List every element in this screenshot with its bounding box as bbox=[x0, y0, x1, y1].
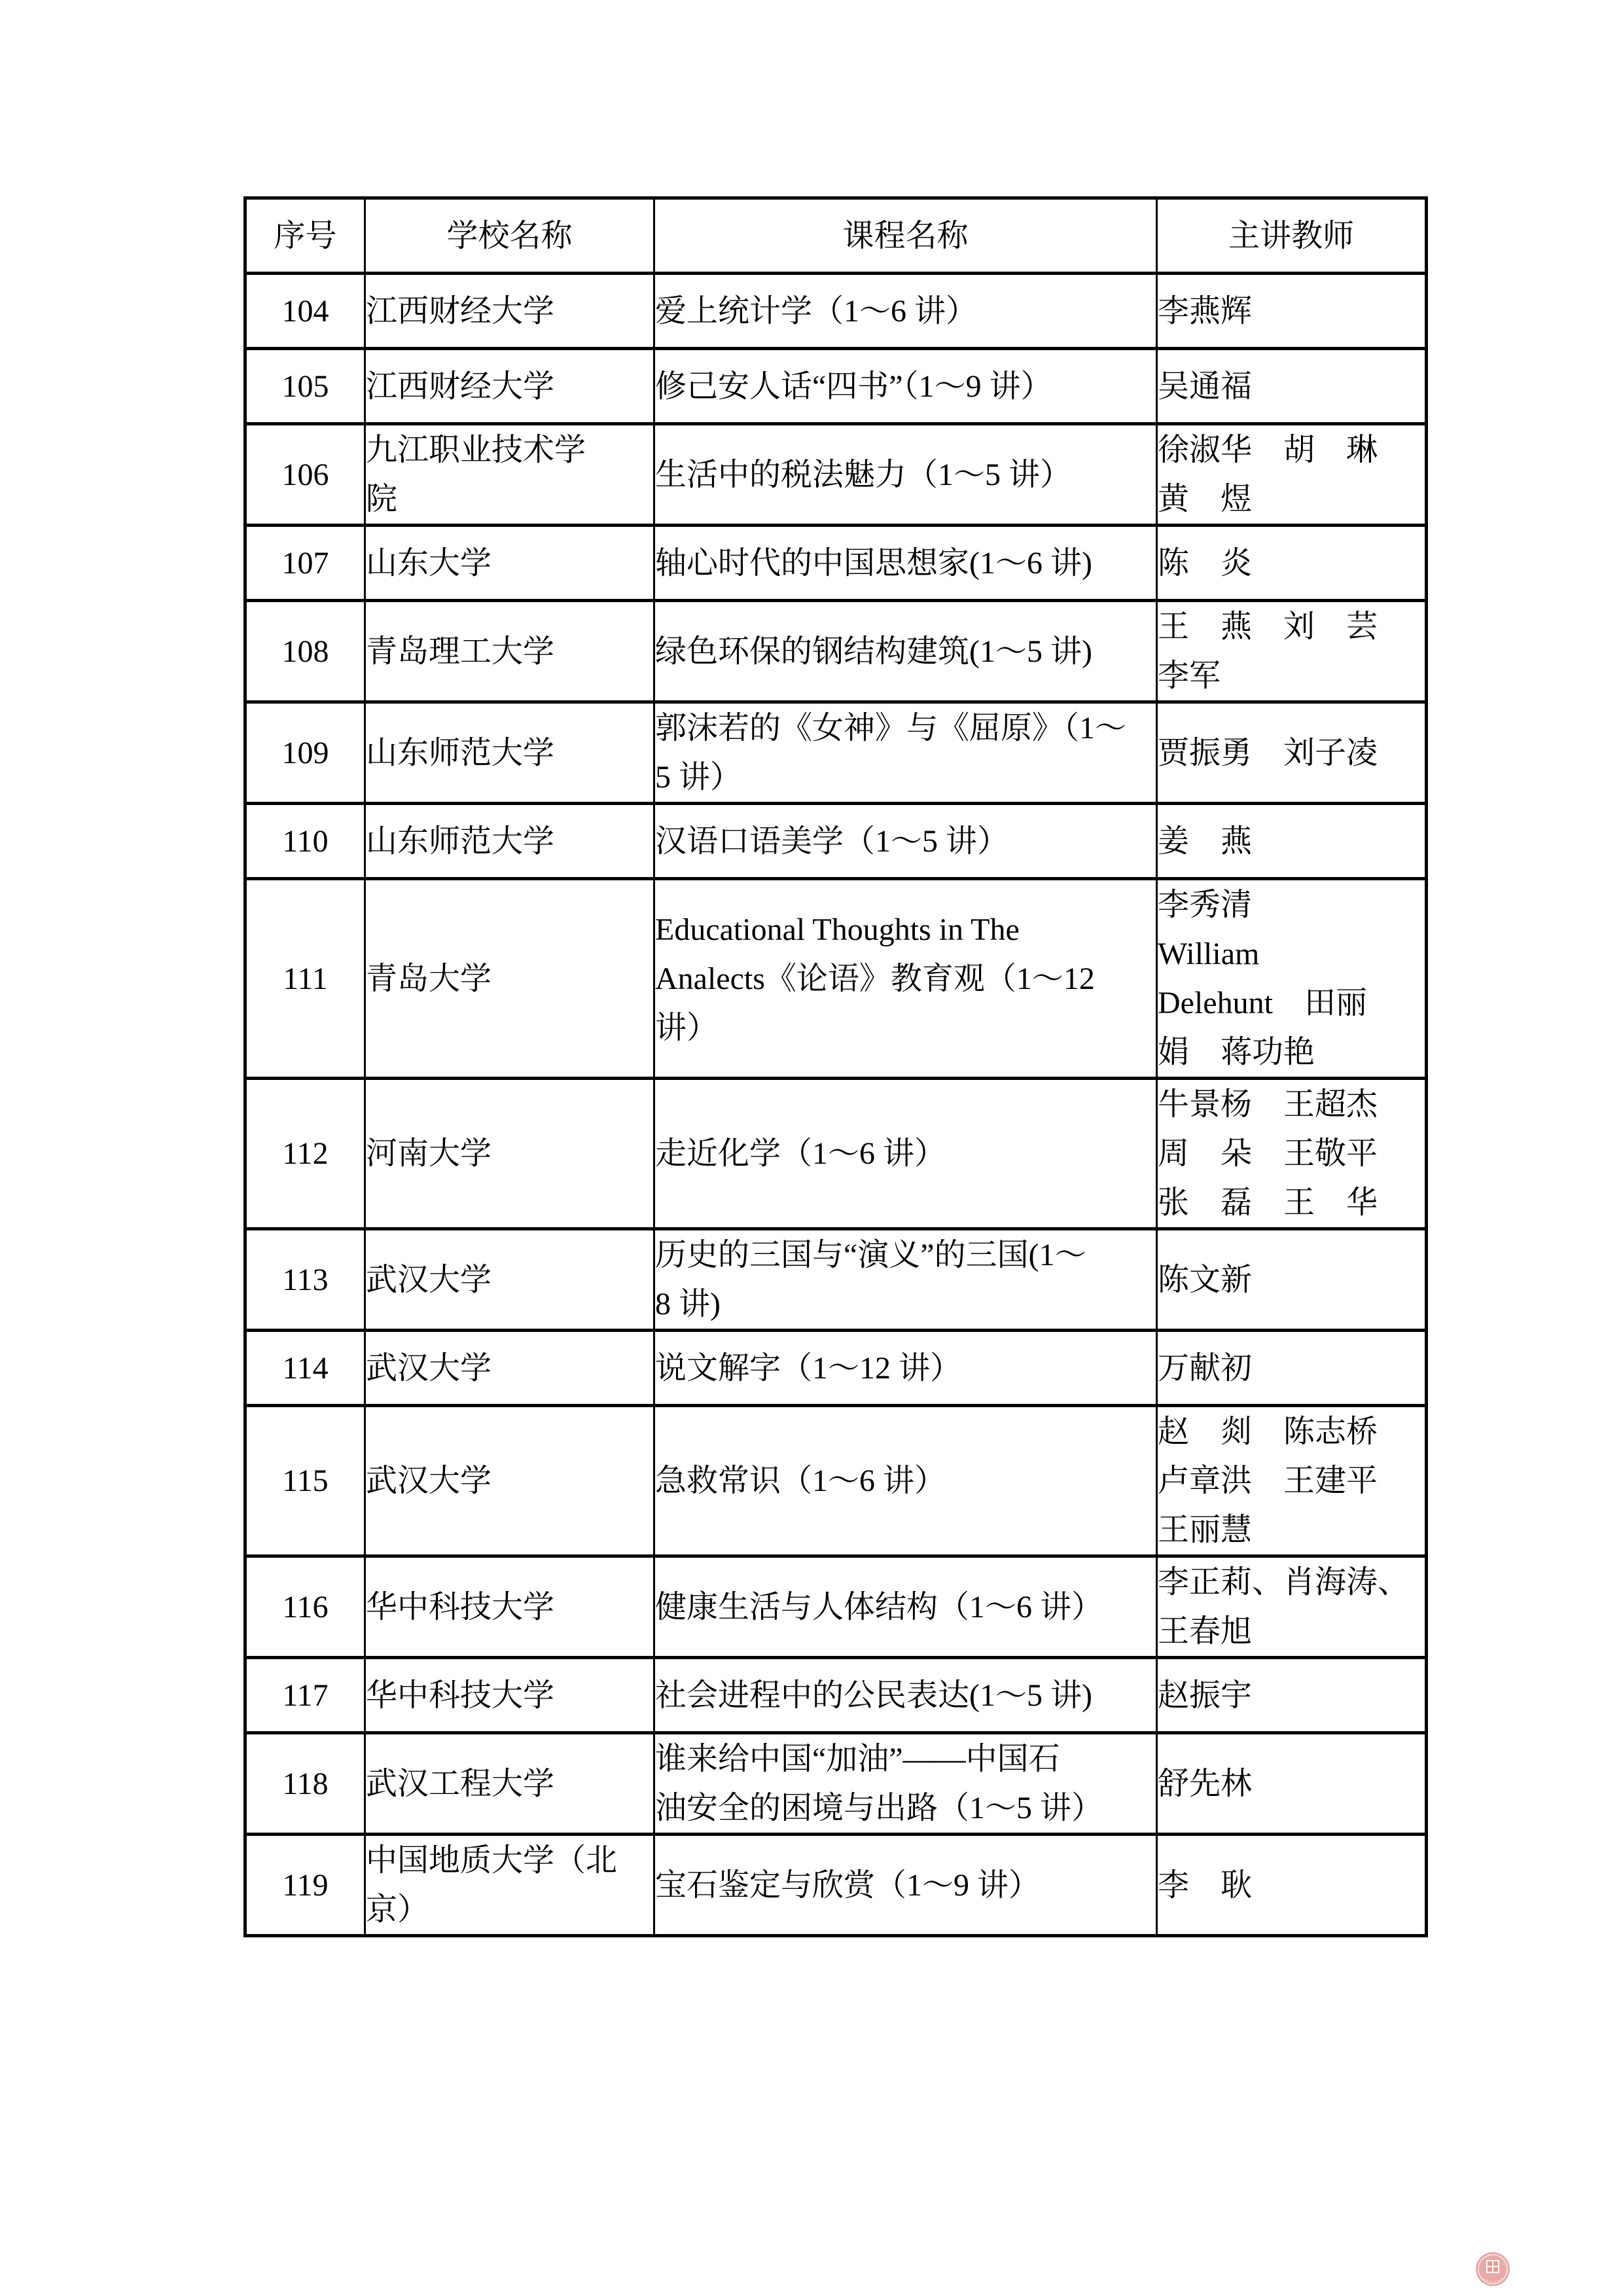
cell-seq: 119 bbox=[245, 1835, 365, 1936]
table-row: 113 武汉大学 历史的三国与“演义”的三国(1～ 8 讲) 陈文新 bbox=[245, 1229, 1427, 1331]
cell-seq: 111 bbox=[245, 879, 365, 1079]
cell-course: 郭沫若的《女神》与《屈原》（1～ 5 讲） bbox=[654, 702, 1157, 804]
cell-seq: 115 bbox=[245, 1406, 365, 1556]
cell-course: Educational Thoughts in The Analects《论语》… bbox=[654, 879, 1157, 1079]
table-row: 115 武汉大学 急救常识（1～6 讲） 赵 剡 陈志桥 卢章洪 王建平 王丽慧 bbox=[245, 1406, 1427, 1556]
cell-teacher: 赵 剡 陈志桥 卢章洪 王建平 王丽慧 bbox=[1157, 1406, 1427, 1556]
cell-course: 急救常识（1～6 讲） bbox=[654, 1406, 1157, 1556]
cell-school: 武汉大学 bbox=[365, 1331, 654, 1406]
table-row: 106 九江职业技术学 院 生活中的税法魅力（1～5 讲） 徐淑华 胡 琳 黄 … bbox=[245, 424, 1427, 526]
table-row: 118 武汉工程大学 谁来给中国“加油”——中国石 油安全的困境与出路（1～5 … bbox=[245, 1733, 1427, 1835]
cell-school: 华中科技大学 bbox=[365, 1556, 654, 1658]
table-row: 105 江西财经大学 修己安人话“四书”（1～9 讲） 吴通福 bbox=[245, 349, 1427, 424]
header-course: 课程名称 bbox=[654, 198, 1157, 274]
cell-school: 山东师范大学 bbox=[365, 804, 654, 879]
cell-teacher: 王 燕 刘 芸 李军 bbox=[1157, 601, 1427, 702]
header-row: 序号 学校名称 课程名称 主讲教师 bbox=[245, 198, 1427, 274]
cell-seq: 107 bbox=[245, 526, 365, 601]
cell-course: 宝石鉴定与欣赏（1～9 讲） bbox=[654, 1835, 1157, 1936]
cell-seq: 109 bbox=[245, 702, 365, 804]
cell-school: 中国地质大学（北 京） bbox=[365, 1835, 654, 1936]
cell-school: 山东师范大学 bbox=[365, 702, 654, 804]
cell-teacher: 李 耿 bbox=[1157, 1835, 1427, 1936]
table-row: 114 武汉大学 说文解字（1～12 讲） 万献初 bbox=[245, 1331, 1427, 1406]
cell-course: 生活中的税法魅力（1～5 讲） bbox=[654, 424, 1157, 526]
table-body: 104 江西财经大学 爱上统计学（1～6 讲） 李燕辉 105 江西财经大学 修… bbox=[245, 274, 1427, 1936]
cell-teacher: 吴通福 bbox=[1157, 349, 1427, 424]
cell-teacher: 牛景杨 王超杰 周 朵 王敬平 张 磊 王 华 bbox=[1157, 1079, 1427, 1229]
cell-teacher: 贾振勇 刘子凌 bbox=[1157, 702, 1427, 804]
cell-teacher: 李正莉、肖海涛、 王春旭 bbox=[1157, 1556, 1427, 1658]
cell-course: 走近化学（1～6 讲） bbox=[654, 1079, 1157, 1229]
cell-school: 武汉大学 bbox=[365, 1406, 654, 1556]
cell-seq: 110 bbox=[245, 804, 365, 879]
cell-teacher: 万献初 bbox=[1157, 1331, 1427, 1406]
header-seq: 序号 bbox=[245, 198, 365, 274]
cell-school: 武汉大学 bbox=[365, 1229, 654, 1331]
table-row: 117 华中科技大学 社会进程中的公民表达(1～5 讲) 赵振宇 bbox=[245, 1658, 1427, 1733]
seal-stamp-icon bbox=[1475, 2251, 1510, 2287]
cell-course: 汉语口语美学（1～5 讲） bbox=[654, 804, 1157, 879]
cell-course: 健康生活与人体结构（1～6 讲） bbox=[654, 1556, 1157, 1658]
cell-seq: 118 bbox=[245, 1733, 365, 1835]
table-row: 110 山东师范大学 汉语口语美学（1～5 讲） 姜 燕 bbox=[245, 804, 1427, 879]
cell-course: 爱上统计学（1～6 讲） bbox=[654, 274, 1157, 349]
cell-seq: 112 bbox=[245, 1079, 365, 1229]
cell-teacher: 舒先林 bbox=[1157, 1733, 1427, 1835]
cell-school: 青岛理工大学 bbox=[365, 601, 654, 702]
cell-teacher: 李燕辉 bbox=[1157, 274, 1427, 349]
cell-school: 江西财经大学 bbox=[365, 274, 654, 349]
cell-teacher: 赵振宇 bbox=[1157, 1658, 1427, 1733]
table-row: 108 青岛理工大学 绿色环保的钢结构建筑(1～5 讲) 王 燕 刘 芸 李军 bbox=[245, 601, 1427, 702]
cell-seq: 116 bbox=[245, 1556, 365, 1658]
table-row: 112 河南大学 走近化学（1～6 讲） 牛景杨 王超杰 周 朵 王敬平 张 磊… bbox=[245, 1079, 1427, 1229]
cell-teacher: 李秀清 William Delehunt 田丽 娟 蒋功艳 bbox=[1157, 879, 1427, 1079]
cell-seq: 106 bbox=[245, 424, 365, 526]
cell-teacher: 陈文新 bbox=[1157, 1229, 1427, 1331]
cell-teacher: 陈 炎 bbox=[1157, 526, 1427, 601]
cell-course: 轴心时代的中国思想家(1～6 讲) bbox=[654, 526, 1157, 601]
cell-seq: 108 bbox=[245, 601, 365, 702]
table-row: 111 青岛大学 Educational Thoughts in The Ana… bbox=[245, 879, 1427, 1079]
cell-course: 说文解字（1～12 讲） bbox=[654, 1331, 1157, 1406]
cell-school: 九江职业技术学 院 bbox=[365, 424, 654, 526]
cell-school: 青岛大学 bbox=[365, 879, 654, 1079]
cell-seq: 113 bbox=[245, 1229, 365, 1331]
header-school: 学校名称 bbox=[365, 198, 654, 274]
cell-school: 山东大学 bbox=[365, 526, 654, 601]
cell-seq: 114 bbox=[245, 1331, 365, 1406]
cell-course: 绿色环保的钢结构建筑(1～5 讲) bbox=[654, 601, 1157, 702]
cell-school: 华中科技大学 bbox=[365, 1658, 654, 1733]
cell-seq: 117 bbox=[245, 1658, 365, 1733]
table-row: 104 江西财经大学 爱上统计学（1～6 讲） 李燕辉 bbox=[245, 274, 1427, 349]
cell-course: 社会进程中的公民表达(1～5 讲) bbox=[654, 1658, 1157, 1733]
cell-course: 谁来给中国“加油”——中国石 油安全的困境与出路（1～5 讲） bbox=[654, 1733, 1157, 1835]
cell-seq: 104 bbox=[245, 274, 365, 349]
cell-course: 历史的三国与“演义”的三国(1～ 8 讲) bbox=[654, 1229, 1157, 1331]
table-row: 107 山东大学 轴心时代的中国思想家(1～6 讲) 陈 炎 bbox=[245, 526, 1427, 601]
table-row: 109 山东师范大学 郭沫若的《女神》与《屈原》（1～ 5 讲） 贾振勇 刘子凌 bbox=[245, 702, 1427, 804]
table-row: 116 华中科技大学 健康生活与人体结构（1～6 讲） 李正莉、肖海涛、 王春旭 bbox=[245, 1556, 1427, 1658]
cell-course: 修己安人话“四书”（1～9 讲） bbox=[654, 349, 1157, 424]
course-table: 序号 学校名称 课程名称 主讲教师 104 江西财经大学 爱上统计学（1～6 讲… bbox=[243, 196, 1428, 1937]
cell-school: 河南大学 bbox=[365, 1079, 654, 1229]
cell-school: 武汉工程大学 bbox=[365, 1733, 654, 1835]
document-page: 序号 学校名称 课程名称 主讲教师 104 江西财经大学 爱上统计学（1～6 讲… bbox=[0, 0, 1623, 2296]
cell-school: 江西财经大学 bbox=[365, 349, 654, 424]
table-row: 119 中国地质大学（北 京） 宝石鉴定与欣赏（1～9 讲） 李 耿 bbox=[245, 1835, 1427, 1936]
cell-teacher: 徐淑华 胡 琳 黄 煜 bbox=[1157, 424, 1427, 526]
cell-seq: 105 bbox=[245, 349, 365, 424]
header-teacher: 主讲教师 bbox=[1157, 198, 1427, 274]
cell-teacher: 姜 燕 bbox=[1157, 804, 1427, 879]
seal-stamp-watermark bbox=[1475, 2251, 1510, 2287]
